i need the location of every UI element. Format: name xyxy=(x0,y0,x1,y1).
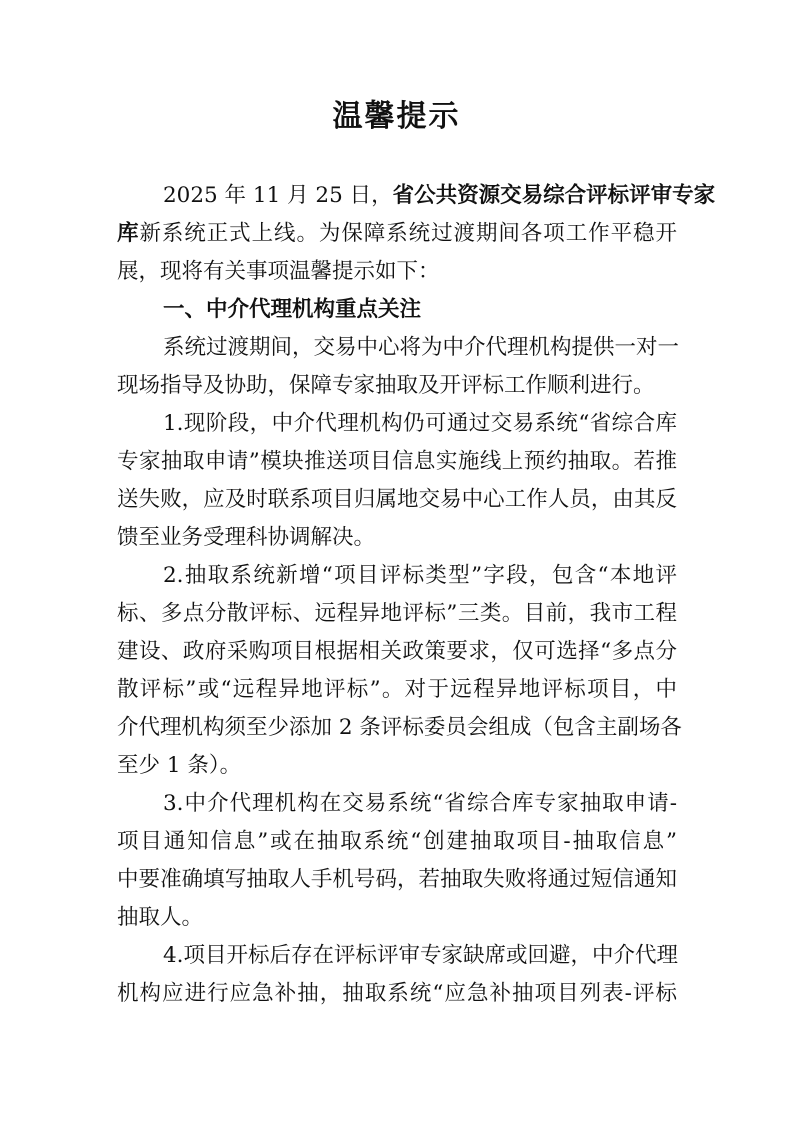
intro-date: 2025 年 11 月 25 日， xyxy=(163,183,393,208)
intro-bold-text-2: 库 xyxy=(117,221,139,246)
item-3-line: 项目通知信息”或在抽取系统“创建抽取项目-抽取信息” xyxy=(117,827,677,857)
item-3-line: 3.中介代理机构在交易系统“省综合库专家抽取申请- xyxy=(163,789,677,819)
intro-bold-text: 省公共资源交易综合评标评审专家 xyxy=(393,183,716,208)
item-1-line: 馈至业务受理科协调解决。 xyxy=(117,523,677,553)
intro-line-3: 展，现将有关事项温馨提示如下： xyxy=(117,257,677,287)
item-2-line: 散评标”或“远程异地评标”。对于远程异地评标项目，中 xyxy=(117,675,677,705)
intro-line-2: 库新系统正式上线。为保障系统过渡期间各项工作平稳开 xyxy=(117,219,677,249)
item-2-line: 2.抽取系统新增“项目评标类型”字段，包含“本地评 xyxy=(163,561,677,591)
item-1-line: 1.现阶段，中介代理机构仍可通过交易系统“省综合库 xyxy=(163,409,677,439)
item-2-line: 标、多点分散评标、远程异地评标”三类。目前，我市工程 xyxy=(117,599,677,629)
item-4-line: 4.项目开标后存在评标评审专家缺席或回避，中介代理 xyxy=(163,941,677,971)
item-1-line: 专家抽取申请”模块推送项目信息实施线上预约抽取。若推 xyxy=(117,447,677,477)
intro-line-1: 2025 年 11 月 25 日，省公共资源交易综合评标评审专家 xyxy=(163,181,677,211)
item-1-line: 送失败，应及时联系项目归属地交易中心工作人员，由其反 xyxy=(117,485,677,515)
item-4-line: 机构应进行应急补抽，抽取系统“应急补抽项目列表-评标 xyxy=(117,979,677,1009)
item-3-line: 中要准确填写抽取人手机号码，若抽取失败将通过短信通知 xyxy=(117,865,677,895)
item-2-line: 建设、政府采购项目根据相关政策要求，仅可选择“多点分 xyxy=(117,637,677,667)
item-3-line: 抽取人。 xyxy=(117,903,677,933)
document-title: 温馨提示 xyxy=(0,97,793,137)
section-1-heading: 一、中介代理机构重点关注 xyxy=(163,295,677,325)
section-1-line: 现场指导及协助，保障专家抽取及开评标工作顺利进行。 xyxy=(117,371,677,401)
section-1-line: 系统过渡期间，交易中心将为中介代理机构提供一对一 xyxy=(163,333,677,363)
item-2-line: 介代理机构须至少添加 2 条评标委员会组成（包含主副场各 xyxy=(117,713,677,743)
intro-line-2-text: 新系统正式上线。为保障系统过渡期间各项工作平稳开 xyxy=(139,221,677,246)
item-2-line: 至少 1 条）。 xyxy=(117,751,677,781)
